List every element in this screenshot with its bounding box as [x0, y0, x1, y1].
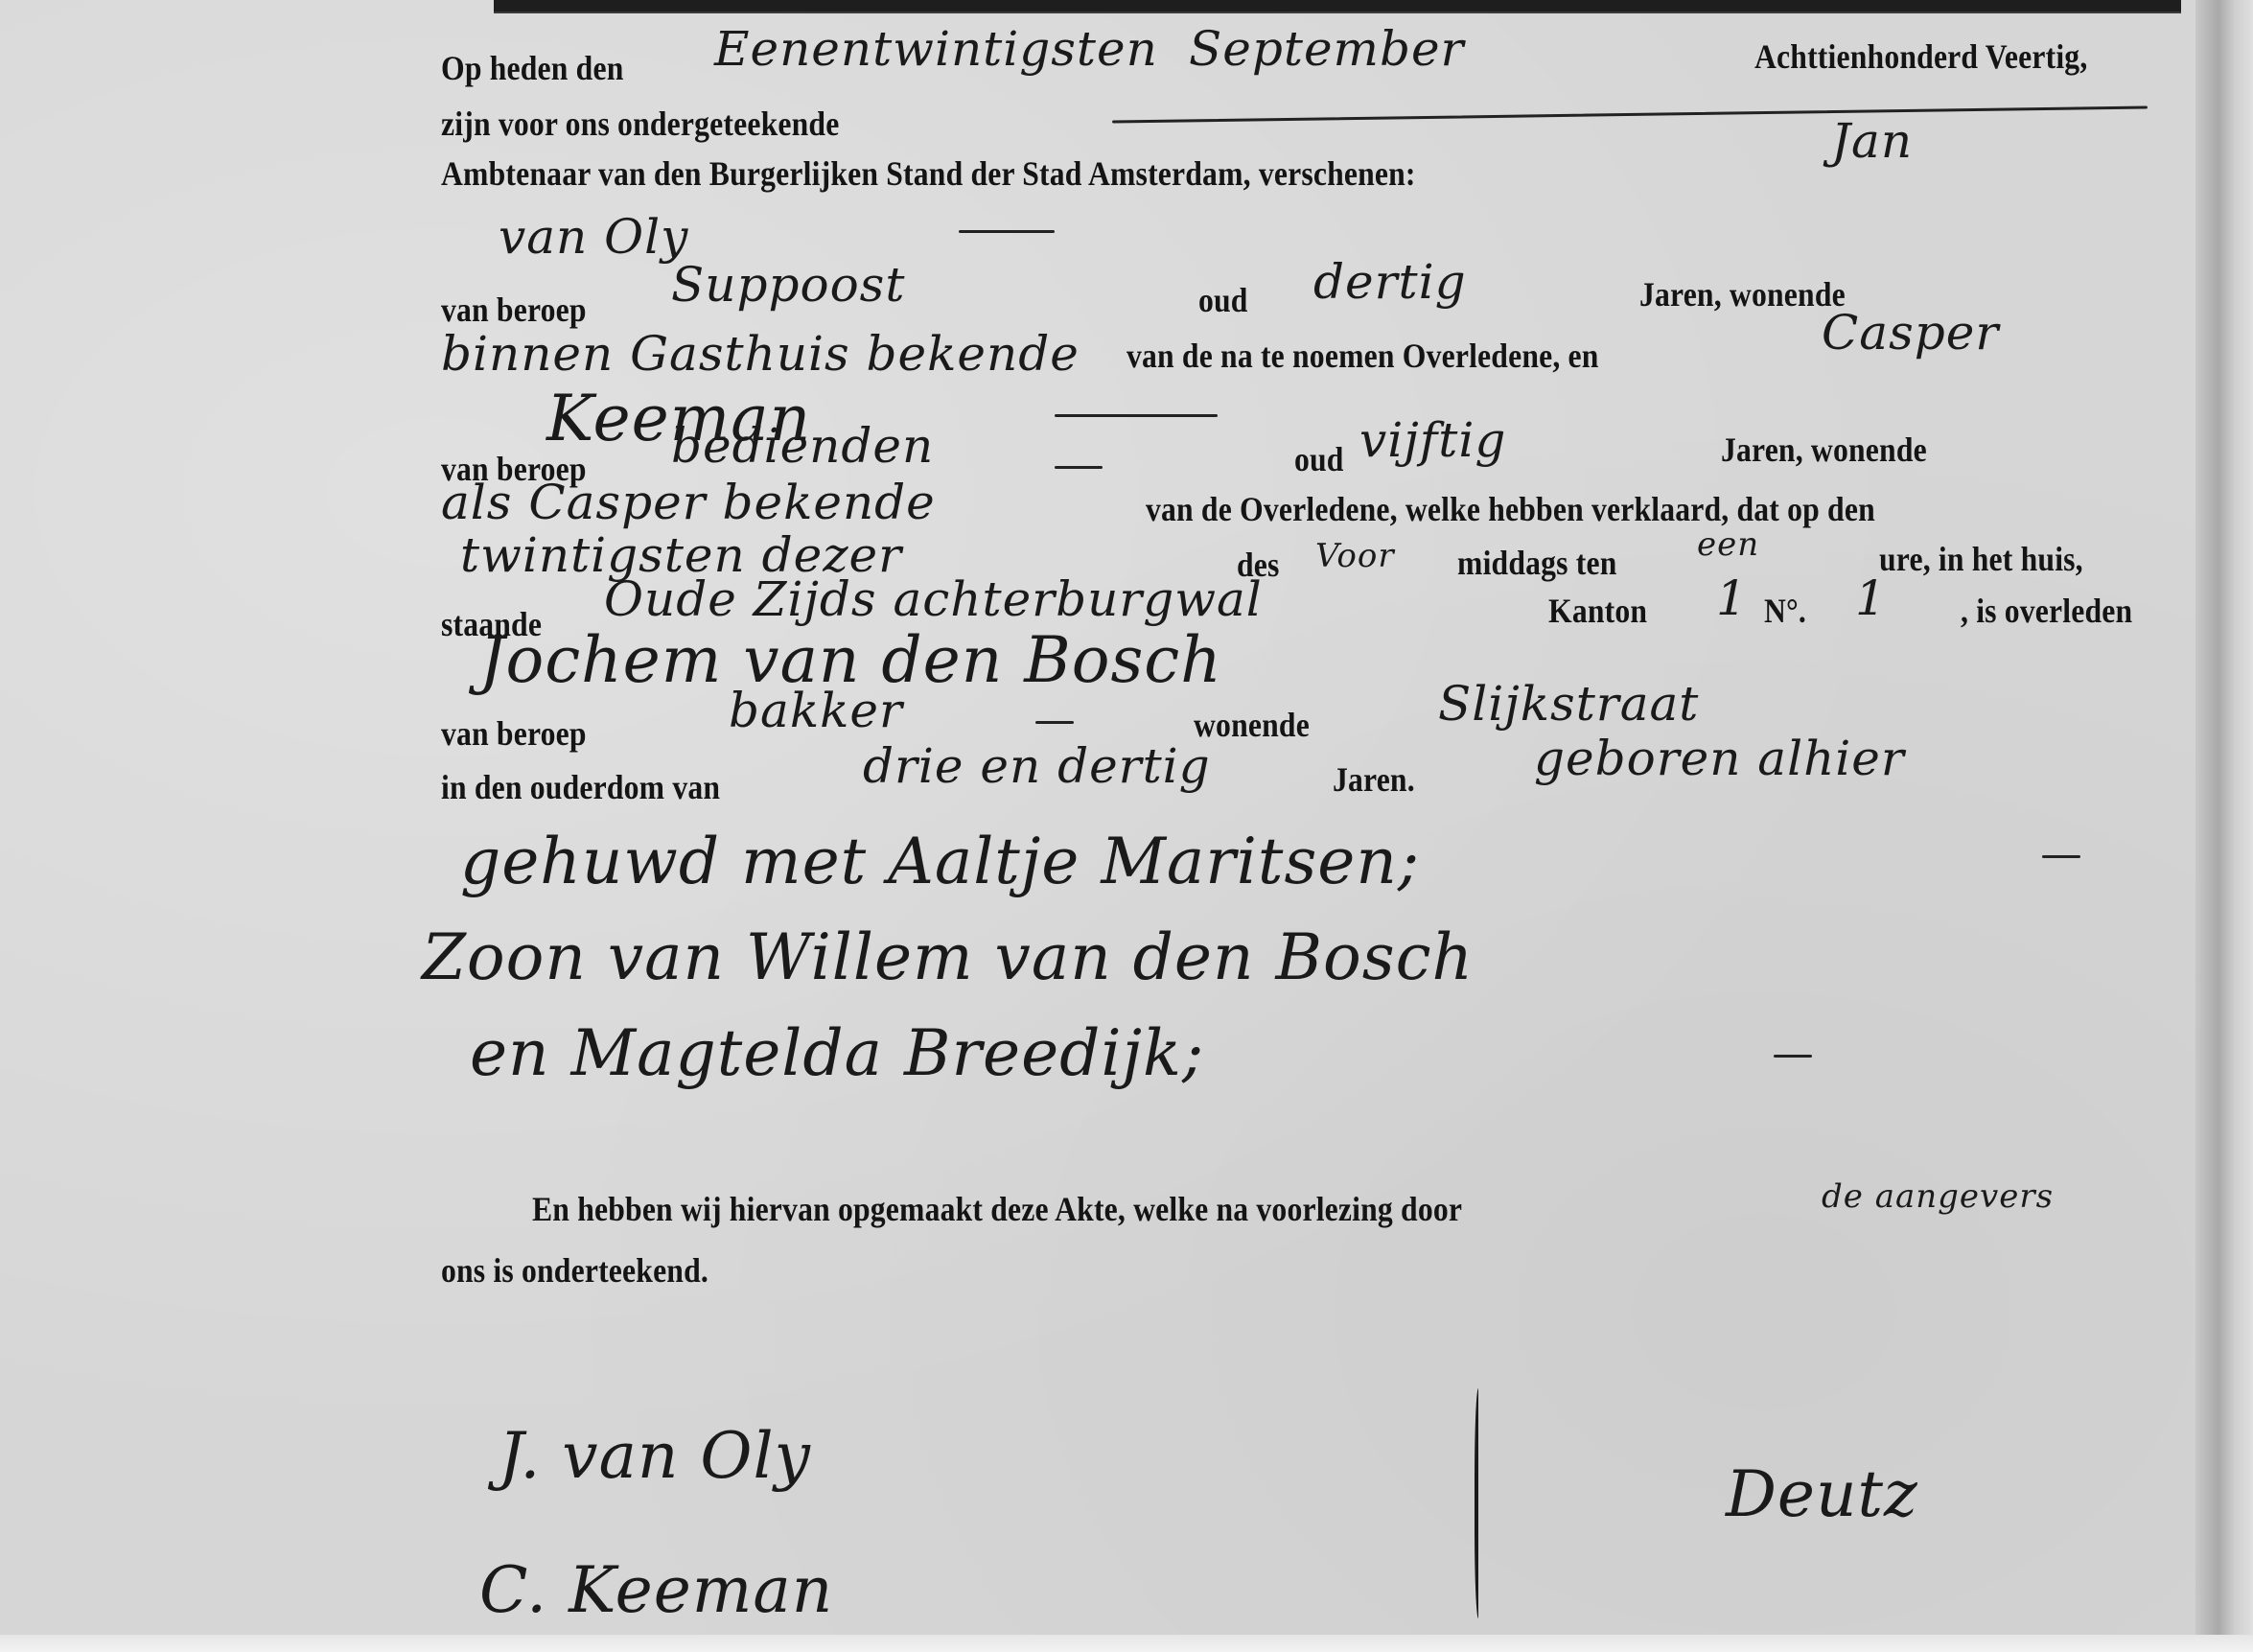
handwritten-witness2-address: als Casper bekende	[441, 475, 936, 530]
fill-line	[1055, 466, 1103, 469]
printed-wonende: wonende	[1194, 705, 1310, 745]
handwritten-witness1-first: Jan	[1831, 113, 1913, 169]
printed-is-overleden: , is overleden	[1961, 591, 2132, 631]
printed-van-beroep-3: van beroep	[441, 713, 587, 754]
printed-verklaard: van de Overledene, welke hebben verklaar…	[1146, 489, 1875, 529]
printed-op-heden: Op heden den	[441, 48, 623, 88]
top-rule	[494, 0, 2181, 12]
printed-closing-1: En hebben wij hiervan opgemaakt deze Akt…	[532, 1189, 1462, 1229]
handwritten-witness2-age: vijftig	[1359, 412, 1506, 468]
printed-oud-2: oud	[1294, 439, 1344, 479]
handwritten-witness1-age: dertig	[1313, 254, 1467, 310]
handwritten-mother-line: en Magtelda Breedijk;	[470, 1016, 1204, 1090]
printed-ambtenaar: Ambtenaar van den Burgerlijken Stand der…	[441, 153, 1416, 194]
signature-brace	[1475, 1388, 1484, 1618]
signature-keeman: C. Keeman	[479, 1553, 833, 1627]
handwritten-day: Eenentwintigsten	[714, 21, 1158, 77]
handwritten-deceased-age: drie en dertig	[863, 738, 1211, 794]
handwritten-parents-line: Zoon van Willem van den Bosch	[422, 920, 1474, 994]
fill-line	[2042, 855, 2080, 858]
handwritten-witness1-profession: Suppoost	[671, 257, 905, 313]
signature-van-oly: J. van Oly	[499, 1419, 811, 1493]
printed-jaren-wonende-2: Jaren, wonende	[1721, 430, 1927, 470]
handwritten-kanton: 1	[1716, 570, 1748, 626]
printed-van-beroep: van beroep	[441, 290, 587, 330]
printed-no: N°.	[1764, 591, 1806, 631]
handwritten-number: 1	[1855, 570, 1887, 626]
fill-line	[1774, 1055, 1812, 1058]
handwritten-deceased-profession: bakker	[729, 683, 903, 738]
handwritten-born: geboren alhier	[1534, 731, 1905, 786]
printed-na-te-noemen: van de na te noemen Overledene, en	[1126, 336, 1599, 376]
handwritten-deceased-address: Slijkstraat	[1438, 676, 1699, 732]
signature-official: Deutz	[1726, 1457, 1918, 1531]
printed-jaren: Jaren.	[1333, 759, 1415, 800]
handwritten-hour: een	[1697, 525, 1759, 564]
handwritten-witness2-first: Casper	[1822, 305, 1999, 361]
bleed-through-text	[1237, 1218, 1247, 1340]
handwritten-witness1-last: van Oly	[499, 209, 688, 265]
handwritten-witness1-address: binnen Gasthuis bekende	[441, 326, 1080, 382]
fill-line	[1055, 414, 1218, 417]
printed-year: Achttienhonderd Veertig,	[1754, 36, 2087, 77]
handwritten-month: September	[1189, 21, 1464, 77]
printed-jaren-wonende: Jaren, wonende	[1639, 274, 1846, 314]
printed-kanton: Kanton	[1548, 591, 1647, 631]
handwritten-time-part: Voor	[1315, 537, 1395, 575]
handwritten-closing-by: de aangevers	[1822, 1177, 2054, 1216]
printed-oud: oud	[1198, 280, 1248, 320]
printed-ondergeteekende: zijn voor ons ondergeteekende	[441, 104, 839, 144]
handwritten-spouse-line: gehuwd met Aaltje Maritsen;	[460, 825, 1420, 898]
printed-ure-in-het-huis: ure, in het huis,	[1879, 539, 2083, 579]
document-page: Op heden den Eenentwintigsten September …	[0, 0, 2205, 1640]
printed-ouderdom: in den ouderdom van	[441, 767, 720, 807]
book-gutter	[2195, 0, 2253, 1652]
fill-line	[959, 230, 1055, 233]
handwritten-witness2-profession: bedienden	[671, 418, 934, 474]
fill-line	[1035, 721, 1074, 724]
fill-line	[1112, 105, 2148, 123]
printed-closing-2: ons is onderteekend.	[441, 1250, 708, 1291]
handwritten-place: Oude Zijds achterburgwal	[604, 571, 1263, 627]
printed-middags-ten: middags ten	[1457, 543, 1617, 583]
page-bottom-edge	[0, 1635, 2253, 1652]
